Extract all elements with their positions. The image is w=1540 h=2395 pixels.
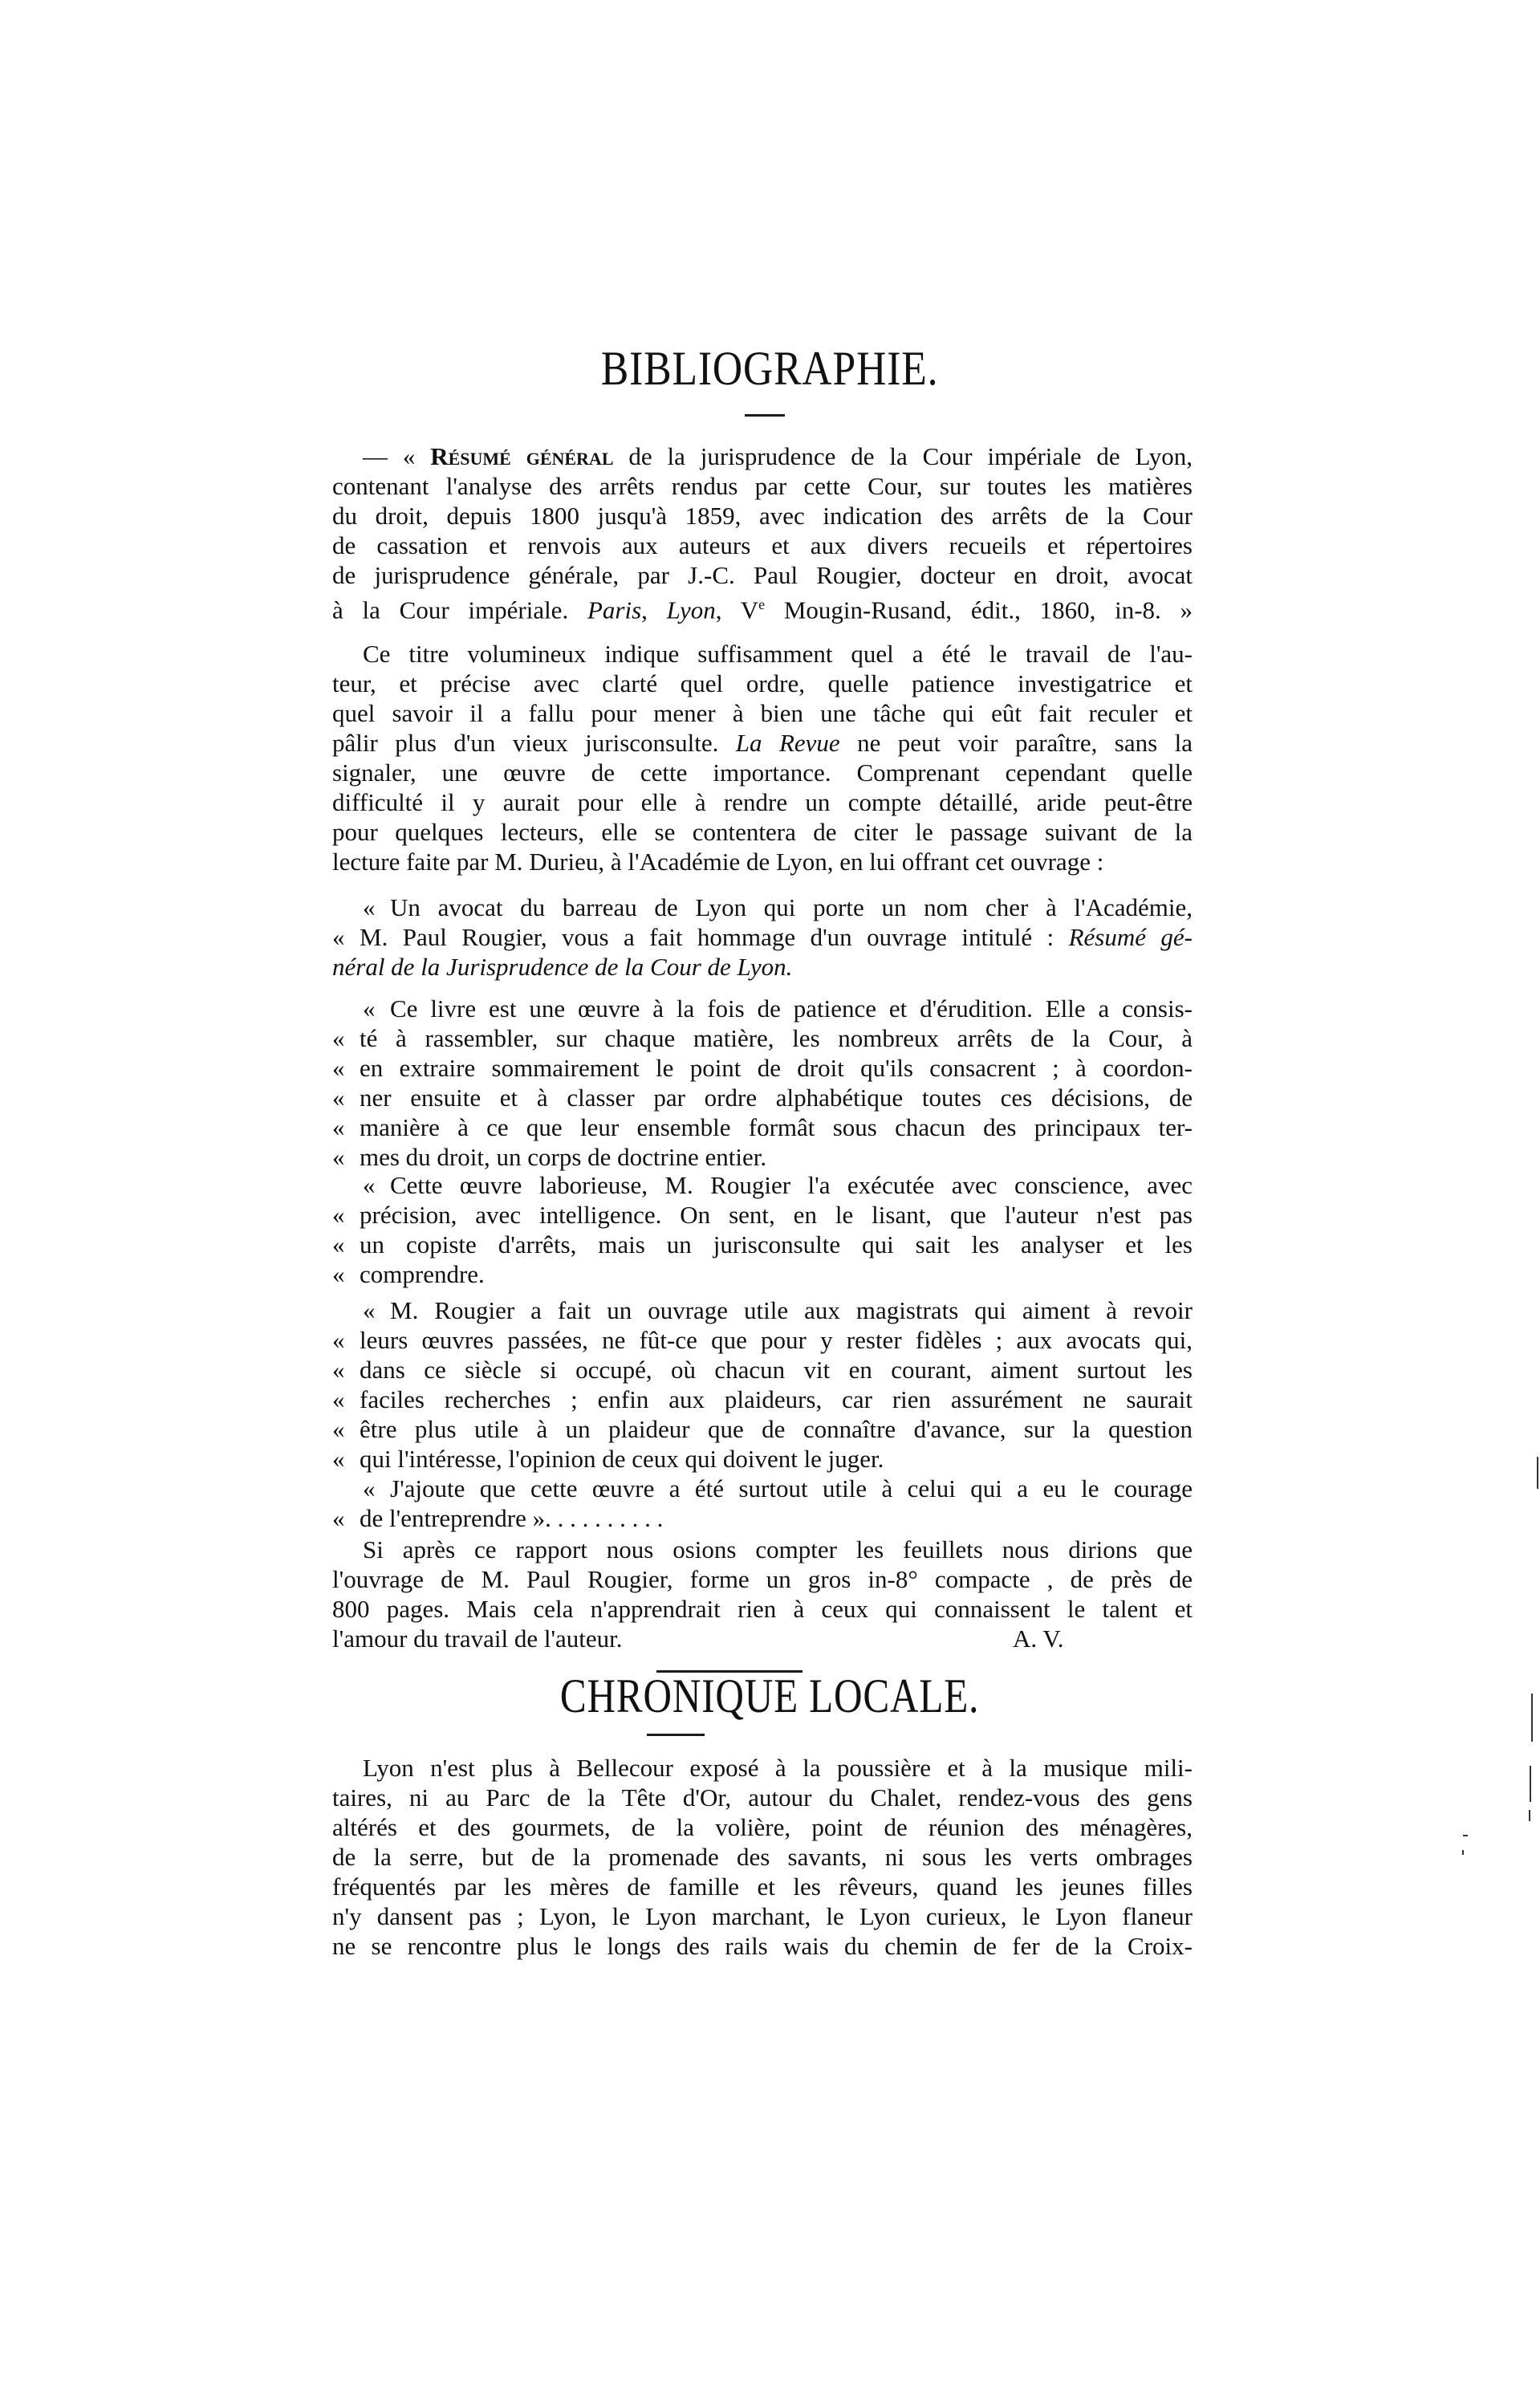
paragraph-line: de la serre, but de la promenade des sav… bbox=[332, 1842, 1193, 1872]
section-title-bibliographie: BIBLIOGRAPHIE. bbox=[108, 340, 1432, 396]
scan-artifact bbox=[1463, 1835, 1468, 1836]
quote-line: néral de la Jurisprudence de la Cour de … bbox=[332, 952, 1193, 982]
title-rule bbox=[647, 1734, 705, 1736]
quote-line: «manière à ce que leur ensemble formât s… bbox=[332, 1112, 1193, 1142]
quote-line: «dans ce siècle si occupé, où chacun vit… bbox=[332, 1355, 1193, 1385]
paragraph-line: pour quelques lecteurs, elle se contente… bbox=[332, 817, 1193, 847]
title-rule bbox=[745, 414, 785, 417]
section-title-chronique-locale: CHRONIQUE LOCALE. bbox=[138, 1668, 1401, 1724]
quote-line: «qui l'intéresse, l'opinion de ceux qui … bbox=[332, 1444, 1193, 1474]
paragraph-line: difficulté il y aurait pour elle à rendr… bbox=[332, 787, 1193, 817]
quote-line: «comprendre. bbox=[332, 1259, 1193, 1289]
quote-line: «être plus utile à un plaideur que de co… bbox=[332, 1414, 1193, 1444]
paragraph-line: altérés et des gourmets, de la volière, … bbox=[332, 1812, 1193, 1842]
quote-line: «Ce livre est une œuvre à la fois de pat… bbox=[363, 994, 1193, 1023]
paragraph-line: Ce titre volumineux indique suffisamment… bbox=[363, 639, 1193, 669]
quote-line: «M. Rougier a fait un ouvrage utile aux … bbox=[363, 1295, 1193, 1325]
scan-artifact bbox=[1531, 1694, 1533, 1742]
revue-italic: La Revue bbox=[736, 729, 840, 757]
quote-line: «M. Paul Rougier, vous a fait hommage d'… bbox=[332, 922, 1193, 952]
paragraph-line: Si après ce rapport nous osions compter … bbox=[363, 1535, 1193, 1564]
entry-title-smallcaps: Résumé général bbox=[430, 442, 613, 470]
entry-line: du droit, depuis 1800 jusqu'à 1859, avec… bbox=[332, 501, 1193, 531]
quote-line: «faciles recherches ; enfin aux plaideur… bbox=[332, 1385, 1193, 1414]
scan-artifact bbox=[1537, 1457, 1538, 1489]
quote-line: «en extraire sommairement le point de dr… bbox=[332, 1053, 1193, 1083]
paragraph-line: teur, et précise avec clarté quel ordre,… bbox=[332, 669, 1193, 698]
quote-line: «té à rassembler, sur chaque matière, le… bbox=[332, 1023, 1193, 1053]
quote-line: «un copiste d'arrêts, mais un jurisconsu… bbox=[332, 1230, 1193, 1259]
paragraph-line: taires, ni au Parc de la Tête d'Or, auto… bbox=[332, 1783, 1193, 1812]
paragraph-line: signaler, une œuvre de cette importance.… bbox=[332, 758, 1193, 787]
quote-line: «ner ensuite et à classer par ordre alph… bbox=[332, 1083, 1193, 1112]
paragraph-line: quel savoir il a fallu pour mener à bien… bbox=[332, 698, 1193, 728]
entry-line: de cassation et renvois aux auteurs et a… bbox=[332, 531, 1193, 560]
paragraph-line: pâlir plus d'un vieux jurisconsulte. La … bbox=[332, 728, 1193, 758]
paragraph-line: ne se rencontre plus le longs des rails … bbox=[332, 1931, 1193, 1961]
scanned-page: BIBLIOGRAPHIE. — « Résumé général de la … bbox=[0, 0, 1540, 2395]
paragraph-line: Lyon n'est plus à Bellecour exposé à la … bbox=[363, 1753, 1193, 1783]
entry-line: — « Résumé général de la jurisprudence d… bbox=[363, 441, 1193, 471]
entry-line: de jurisprudence générale, par J.-C. Pau… bbox=[332, 560, 1193, 590]
scan-artifact bbox=[1530, 1766, 1531, 1802]
quote-line: «leurs œuvres passées, ne fût-ce que pou… bbox=[332, 1325, 1193, 1355]
quote-line: «de l'entreprendre ». . . . . . . . . . bbox=[332, 1503, 1193, 1533]
author-signature: A. V. bbox=[1013, 1624, 1063, 1653]
scan-artifact bbox=[1529, 1810, 1530, 1821]
quote-line: «Cette œuvre laborieuse, M. Rougier l'a … bbox=[363, 1170, 1193, 1200]
quote-line: «Un avocat du barreau de Lyon qui porte … bbox=[363, 893, 1193, 922]
scan-artifact bbox=[1462, 1850, 1464, 1855]
entry-line: à la Cour impériale. Paris, Lyon, Ve Mou… bbox=[332, 590, 1193, 620]
paragraph-line: 800 pages. Mais cela n'apprendrait rien … bbox=[332, 1594, 1193, 1624]
quote-line: «précision, avec intelligence. On sent, … bbox=[332, 1200, 1193, 1230]
paragraph-line: fréquentés par les mères de famille et l… bbox=[332, 1872, 1193, 1901]
paragraph-line: l'ouvrage de M. Paul Rougier, forme un g… bbox=[332, 1564, 1193, 1594]
quote-line: «mes du droit, un corps de doctrine enti… bbox=[332, 1142, 1193, 1172]
paragraph-line: lecture faite par M. Durieu, à l'Académi… bbox=[332, 847, 1193, 876]
quote-line: «J'ajoute que cette œuvre a été surtout … bbox=[363, 1474, 1193, 1503]
paragraph-line: n'y dansent pas ; Lyon, le Lyon marchant… bbox=[332, 1901, 1193, 1931]
entry-line: contenant l'analyse des arrêts rendus pa… bbox=[332, 471, 1193, 501]
